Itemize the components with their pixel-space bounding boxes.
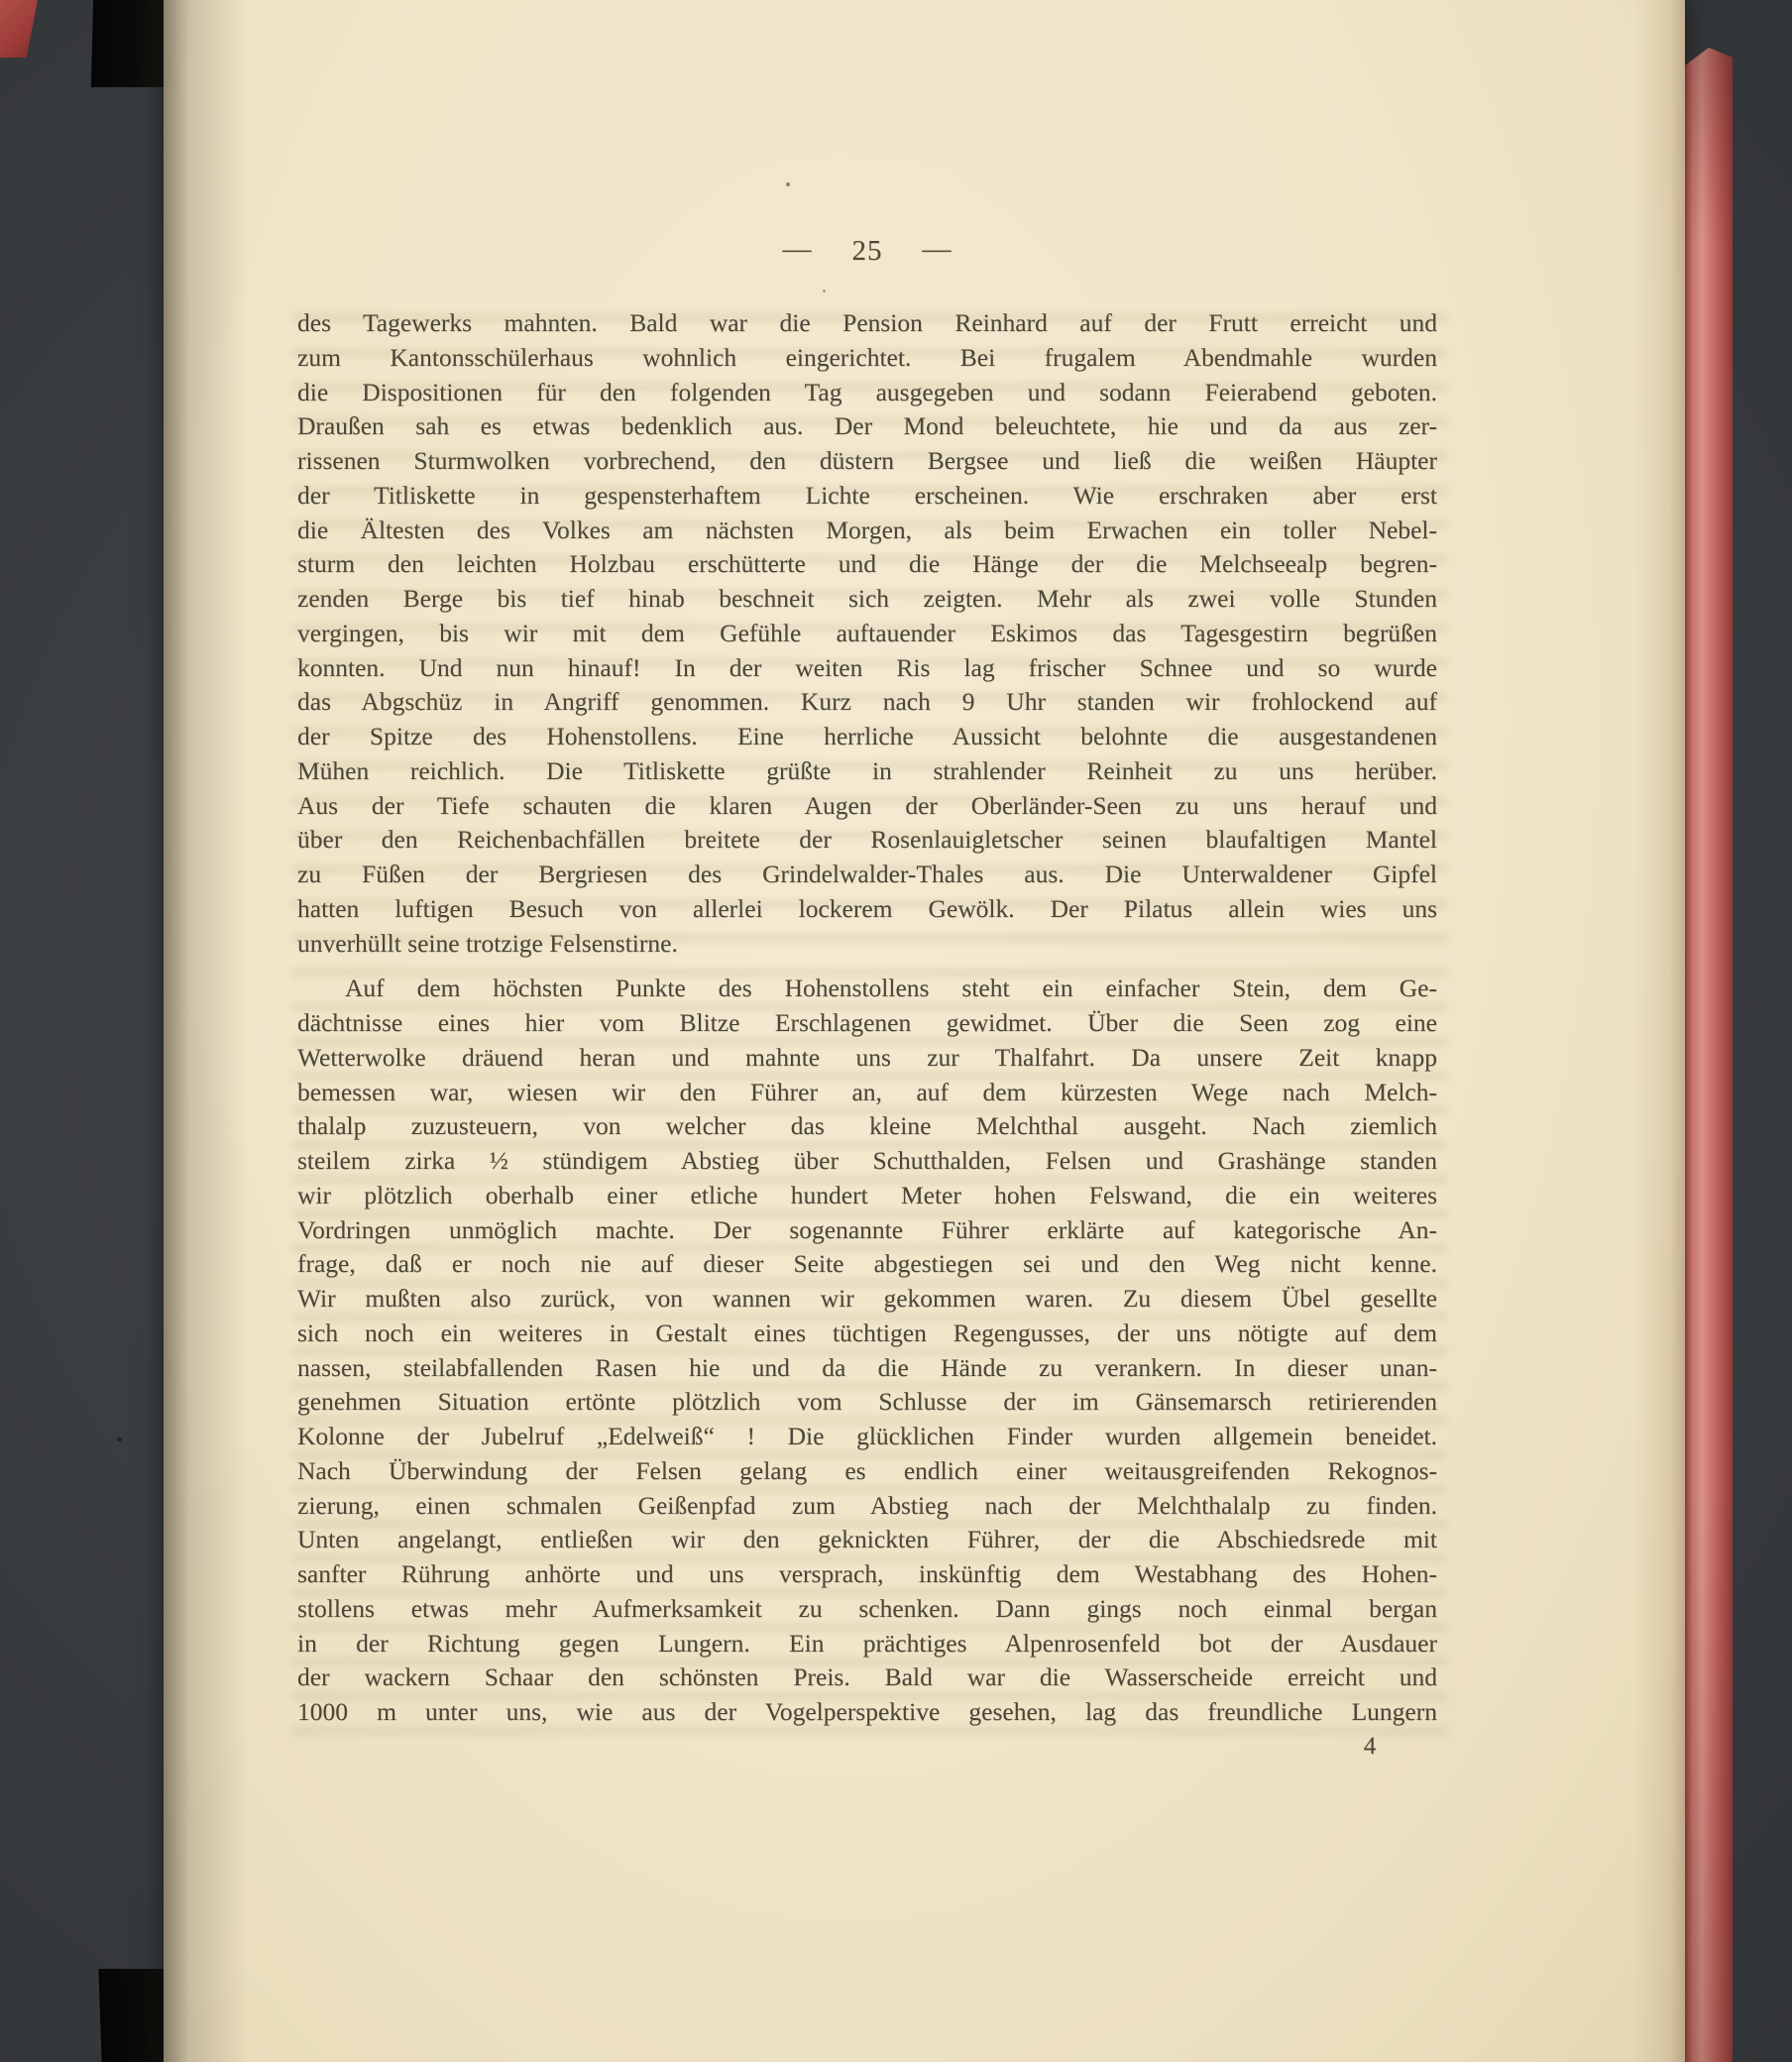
page-number: 25	[852, 235, 883, 267]
paragraph: Auf dem höchsten Punkte des Hohenstollen…	[297, 972, 1437, 1730]
text-line: Draußen sah es etwas bedenklich aus. Der…	[297, 409, 1437, 444]
header-dash-right: —	[923, 232, 952, 266]
text-line: der Spitze des Hohenstollens. Eine herrl…	[297, 720, 1437, 754]
text-line: des Tagewerks mahnten. Bald war die Pens…	[297, 306, 1437, 341]
text-line: Wetterwolke dräuend heran und mahnte uns…	[297, 1041, 1437, 1076]
text-line: zenden Berge bis tief hinab beschneit si…	[297, 582, 1437, 617]
text-line: rissenen Sturmwolken vorbrechend, den dü…	[297, 444, 1437, 479]
text-line: Nach Überwindung der Felsen gelang es en…	[297, 1454, 1437, 1489]
text-line: sich noch ein weiteres in Gestalt eines …	[297, 1317, 1437, 1351]
text-line: der Titliskette in gespensterhaftem Lich…	[297, 479, 1437, 514]
text-line: wir plötzlich oberhalb einer etliche hun…	[297, 1179, 1437, 1213]
text-line: sturm den leichten Holzbau erschütterte …	[297, 547, 1437, 582]
text-line: in der Richtung gegen Lungern. Ein präch…	[297, 1627, 1437, 1661]
text-line: Unten angelangt, entließen wir den gekni…	[297, 1523, 1437, 1557]
signature-mark: 4	[1350, 1733, 1390, 1761]
text-line: nassen, steilabfallenden Rasen hie und d…	[297, 1351, 1437, 1386]
text-line: Vordringen unmöglich machte. Der sogenan…	[297, 1213, 1437, 1248]
page-stack-fore-edge	[1685, 40, 1733, 2062]
text-line: sanfter Rührung anhörte und uns versprac…	[297, 1557, 1437, 1592]
text-line: zu Füßen der Bergriesen des Grindelwalde…	[297, 858, 1437, 892]
text-line: steilem zirka ½ stündigem Abstieg über S…	[297, 1144, 1437, 1179]
text-line: Auf dem höchsten Punkte des Hohenstollen…	[297, 972, 1437, 1006]
text-line: konnten. Und nun hinauf! In der weiten R…	[297, 651, 1437, 686]
paragraph: des Tagewerks mahnten. Bald war die Pens…	[297, 306, 1437, 961]
text-line: thalalp zuzusteuern, von welcher das kle…	[297, 1109, 1437, 1144]
text-line: die Dispositionen für den folgenden Tag …	[297, 376, 1437, 410]
paper-speck	[117, 1437, 122, 1441]
text-line: über den Reichenbachfällen breitete der …	[297, 823, 1437, 858]
facing-page-red-edge	[0, 0, 38, 57]
book-scan-scene: —25— des Tagewerks mahnten. Bald war die…	[0, 0, 1792, 2062]
text-line: Mühen reichlich. Die Titliskette grüßte …	[297, 754, 1437, 789]
text-line: hatten luftigen Besuch von allerlei lock…	[297, 892, 1437, 927]
text-line: Aus der Tiefe schauten die klaren Augen …	[297, 789, 1437, 824]
page-header: —25—	[297, 234, 1437, 268]
text-line: das Abgschüz in Angriff genommen. Kurz n…	[297, 685, 1437, 720]
text-line: der wackern Schaar den schönsten Preis. …	[297, 1661, 1437, 1695]
spine-strip-top	[91, 0, 168, 87]
text-line: frage, daß er noch nie auf dieser Seite …	[297, 1247, 1437, 1282]
text-line: bemessen war, wiesen wir den Führer an, …	[297, 1076, 1437, 1110]
text-line: 1000 m unter uns, wie aus der Vogelpersp…	[297, 1695, 1437, 1730]
text-line: zierung, einen schmalen Geißenpfad zum A…	[297, 1489, 1437, 1524]
text-line: vergingen, bis wir mit dem Gefühle aufta…	[297, 617, 1437, 651]
text-line: Wir mußten also zurück, von wannen wir g…	[297, 1282, 1437, 1317]
text-line: Kolonne der Jubelruf „Edelweiß“ ! Die gl…	[297, 1420, 1437, 1454]
text-line: zum Kantonsschülerhaus wohnlich eingeric…	[297, 341, 1437, 376]
text-line: unverhüllt seine trotzige Felsenstirne.	[297, 927, 1437, 962]
header-dash-left: —	[783, 232, 813, 266]
text-line: stollens etwas mehr Aufmerksamkeit zu sc…	[297, 1592, 1437, 1627]
text-block: des Tagewerks mahnten. Bald war die Pens…	[297, 306, 1437, 1730]
text-line: genehmen Situation ertönte plötzlich vom…	[297, 1385, 1437, 1420]
text-line: dächtnisse eines hier vom Blitze Erschla…	[297, 1006, 1437, 1041]
text-line: die Ältesten des Volkes am nächsten Morg…	[297, 514, 1437, 548]
